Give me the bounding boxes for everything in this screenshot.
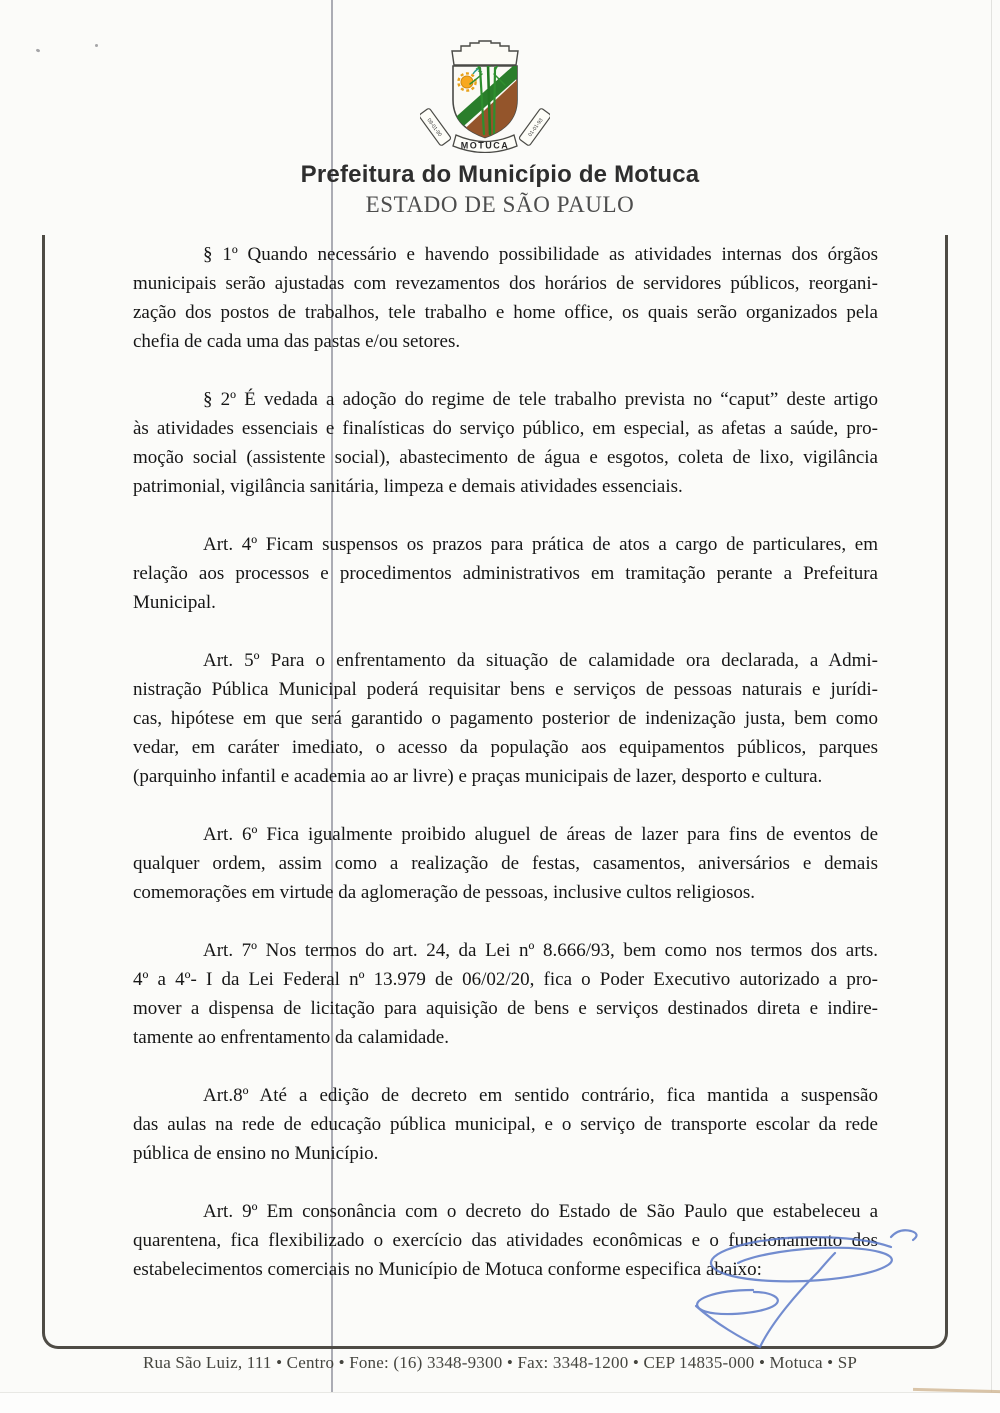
sun-icon bbox=[461, 76, 473, 88]
text-line: comemorações em virtude da aglomeração d… bbox=[133, 878, 878, 907]
text-line: tamente ao enfrentamento da calamidade. bbox=[133, 1023, 878, 1052]
text-line: Art. 5º Para o enfrentamento da situação… bbox=[133, 646, 878, 675]
paragraph-1: § 1º Quando necessário e havendo possibi… bbox=[133, 240, 878, 356]
text-line: pública de ensino no Município. bbox=[133, 1139, 878, 1168]
scanned-document-page: 09-01-90 01-01-93 MOTUCA Prefeitura do M… bbox=[0, 0, 1000, 1413]
paragraph-6: Art. 7º Nos termos do art. 24, da Lei nº… bbox=[133, 936, 878, 1052]
text-line: patrimonial, vigilância sanitária, limpe… bbox=[133, 472, 878, 501]
paragraph-5: Art. 6º Fica igualmente proibido aluguel… bbox=[133, 820, 878, 907]
signature-loop-large bbox=[711, 1237, 892, 1281]
text-line: zação dos postos de trabalhos, tele trab… bbox=[133, 298, 878, 327]
document-body: § 1º Quando necessário e havendo possibi… bbox=[133, 240, 878, 1313]
text-line: relação aos processos e procedimentos ad… bbox=[133, 559, 878, 588]
text-line: § 1º Quando necessário e havendo possibi… bbox=[133, 240, 878, 269]
text-line: 4º a 4º- I da Lei Federal nº 13.979 de 0… bbox=[133, 965, 878, 994]
text-line: Art. 4º Ficam suspensos os prazos para p… bbox=[133, 530, 878, 559]
left-scroll: 09-01-90 bbox=[420, 108, 451, 146]
paragraph-2: § 2º É vedada a adoção do regime de tele… bbox=[133, 385, 878, 501]
text-line: municipais serão ajustadas com revezamen… bbox=[133, 269, 878, 298]
scan-bed-strip bbox=[0, 1392, 1000, 1413]
paragraph-3: Art. 4º Ficam suspensos os prazos para p… bbox=[133, 530, 878, 617]
text-line: moção social (assistente social), abaste… bbox=[133, 443, 878, 472]
paragraph-7: Art.8º Até a edição de decreto em sentid… bbox=[133, 1081, 878, 1168]
text-line: § 2º É vedada a adoção do regime de tele… bbox=[133, 385, 878, 414]
text-line: nistração Pública Municipal poderá requi… bbox=[133, 675, 878, 704]
text-line: vedar, em caráter imediato, o acesso da … bbox=[133, 733, 878, 762]
text-line: mover a dispensa de licitação para aquis… bbox=[133, 994, 878, 1023]
right-scroll: 01-01-93 bbox=[519, 108, 550, 146]
signature-loop-small bbox=[697, 1290, 778, 1314]
text-line: (parquinho infantil e academia ao ar liv… bbox=[133, 762, 878, 791]
text-line: Art. 6º Fica igualmente proibido aluguel… bbox=[133, 820, 878, 849]
text-line: Art.8º Até a edição de decreto em sentid… bbox=[133, 1081, 878, 1110]
letterhead-subtitle: ESTADO DE SÃO PAULO bbox=[0, 192, 1000, 218]
scan-speck bbox=[36, 48, 41, 52]
text-line: às atividades essenciais e finalísticas … bbox=[133, 414, 878, 443]
letterhead-title: Prefeitura do Município de Motuca bbox=[0, 161, 1000, 189]
mural-crown bbox=[452, 41, 518, 65]
text-line: das aulas na rede de educação pública mu… bbox=[133, 1110, 878, 1139]
signature-descender-right bbox=[760, 1253, 835, 1347]
paragraph-4: Art. 5º Para o enfrentamento da situação… bbox=[133, 646, 878, 791]
signature-curl bbox=[891, 1230, 917, 1240]
text-line: Art. 7º Nos termos do art. 24, da Lei nº… bbox=[133, 936, 878, 965]
municipal-coat-of-arms: 09-01-90 01-01-93 MOTUCA bbox=[420, 38, 550, 153]
scan-speck bbox=[95, 44, 98, 47]
banner-text: MOTUCA bbox=[461, 141, 510, 151]
text-line: Municipal. bbox=[133, 588, 878, 617]
footer-address: Rua São Luiz, 111 • Centro • Fone: (16) … bbox=[0, 1353, 1000, 1373]
text-line: qualquer ordem, assim como a realização … bbox=[133, 849, 878, 878]
text-line: cas, hipótese em que será garantido o pa… bbox=[133, 704, 878, 733]
text-line: chefia de cada uma das pastas e/ou setor… bbox=[133, 327, 878, 356]
